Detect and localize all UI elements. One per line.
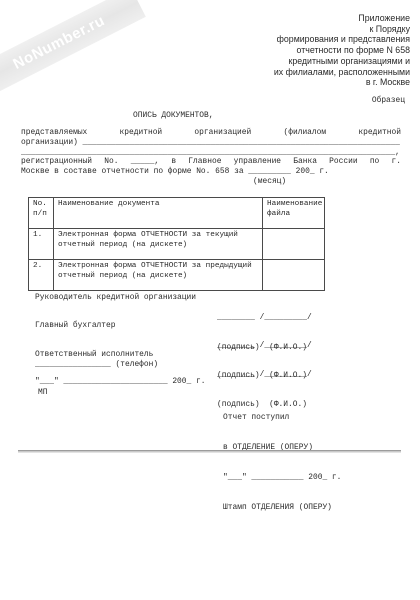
col-header-number: No. п/п	[29, 198, 54, 229]
intro-paragraph: представляемых кредитной организацией (ф…	[21, 128, 401, 187]
header-annotation-line: в г. Москве	[274, 77, 410, 88]
filename-cell	[263, 260, 325, 291]
responsible-executor-label: Ответственный исполнитель	[35, 350, 153, 360]
table-header-row: No. п/п Наименование документа Наименова…	[29, 198, 325, 229]
table-row: 1. Электронная форма ОТЧЕТНОСТИ за текущ…	[29, 229, 325, 260]
header-annotation-line: формирования и представления	[274, 34, 410, 45]
header-annotation-line: их филиалами, расположенными	[274, 67, 410, 78]
document-name-cell: Электронная форма ОТЧЕТНОСТИ за предыдущ…	[54, 260, 263, 291]
organization-blank-line-continued: ________________________________________…	[21, 148, 401, 158]
col-header-filename: Наименование файла	[263, 198, 325, 229]
received-date-blank: "___" ___________ 200_ г.	[223, 473, 341, 483]
documents-table: No. п/п Наименование документа Наименова…	[28, 197, 325, 291]
report-period-line: Москве в составе отчетности по форме No.…	[21, 167, 401, 177]
document-title: ОПИСЬ ДОКУМЕНТОВ,	[133, 111, 214, 120]
header-annotation-line: Приложение	[274, 13, 410, 24]
signature-blank: ________ /_________/	[217, 370, 312, 380]
col-header-document: Наименование документа	[54, 198, 263, 229]
head-of-organization-label: Руководитель кредитной организации	[35, 293, 196, 303]
table-row: 2. Электронная форма ОТЧЕТНОСТИ за преды…	[29, 260, 325, 291]
header-annotation-line: кредитными организациями и	[274, 56, 410, 67]
intro-line: представляемых кредитной организацией (ф…	[21, 128, 401, 138]
header-annotation-line: отчетности по форме N 658	[274, 45, 410, 56]
sample-label: Образец	[372, 96, 405, 105]
header-annotation-line: к Порядку	[274, 24, 410, 35]
chief-accountant-label: Главный бухгалтер	[35, 321, 116, 331]
received-line: Отчет поступил	[223, 413, 341, 423]
row-number-cell: 2.	[29, 260, 54, 291]
report-received-block: Отчет поступил в ОТДЕЛЕНИЕ (ОПЕРУ) "___"…	[223, 393, 341, 533]
filename-cell	[263, 229, 325, 260]
watermark-ribbon: NoNumber.ru	[0, 0, 146, 98]
executor-phone-blank: ________________ (телефон)	[35, 360, 158, 370]
watermark-text: NoNumber.ru	[10, 12, 107, 73]
stamp-place-label: МП	[38, 388, 47, 398]
month-hint: (месяц)	[21, 177, 401, 187]
document-name-cell: Электронная форма ОТЧЕТНОСТИ за текущий …	[54, 229, 263, 260]
organization-blank-line: организации) ___________________________…	[21, 138, 401, 148]
received-stamp-label: Штамп ОТДЕЛЕНИЯ (ОПЕРУ)	[223, 503, 341, 513]
header-annotation: Приложение к Порядку формирования и пред…	[274, 13, 410, 88]
horizontal-divider	[18, 450, 401, 453]
registration-number-line: регистрационный No. _____, в Главное упр…	[21, 157, 401, 167]
row-number-cell: 1.	[29, 229, 54, 260]
date-blank-line: "___" ______________________ 200_ г.	[35, 377, 205, 387]
